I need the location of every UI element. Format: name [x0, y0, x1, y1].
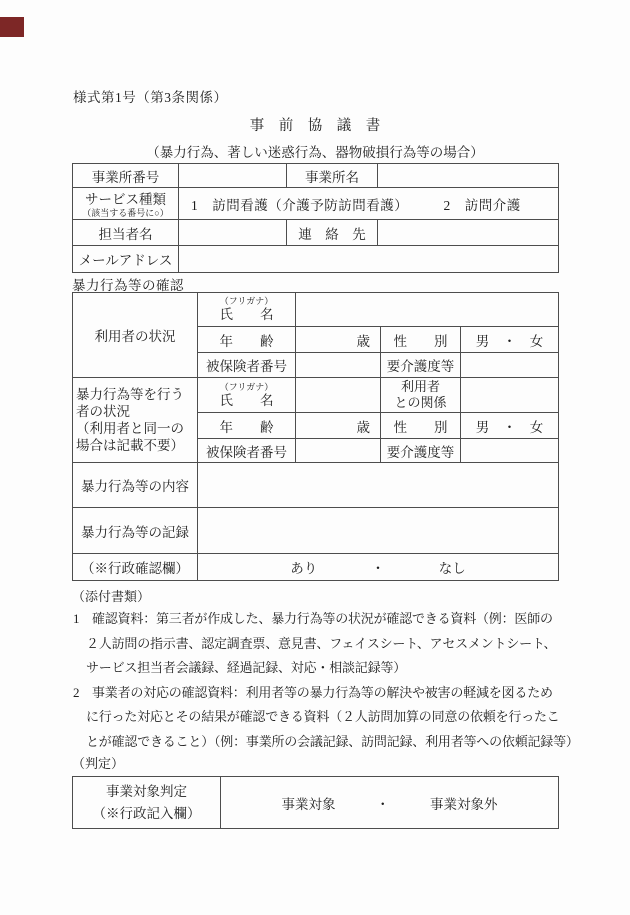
attachment-item: 2事業者の対応の確認資料：利用者等の暴力行為等の解決や被害の軽減を図るため に行… — [73, 681, 573, 755]
user-insured-number-label: 被保険者番号 — [198, 353, 296, 378]
office-name-label: 事業所名 — [287, 164, 378, 188]
attachment-text: 事業者の対応の確認資料：利用者等の暴力行為等の解決や被害の軽減を図るため — [92, 685, 553, 700]
perpetrator-name-field — [296, 378, 381, 413]
name-label: 氏 名 — [200, 307, 293, 323]
attachment-line: サービス担当者会議録、経過記録、対応・相談記録等） — [86, 656, 573, 681]
document-page: 様式第1号（第3条関係） 事 前 協 議 書 （暴力行為、著しい迷惑行為、器物破… — [0, 0, 630, 915]
service-type-note: （該当する番号に○） — [75, 208, 176, 219]
perpetrator-gender-options: 男 ・ 女 — [461, 413, 559, 439]
furigana-label: （フリガナ） — [200, 382, 293, 393]
perpetrator-status-label: 暴力行為等を行う 者の状況 （利用者と同一の 場合は記載不要） — [73, 378, 198, 463]
staff-name-label: 担当者名 — [73, 220, 179, 246]
item-number: 2 — [73, 681, 92, 706]
violence-content-label: 暴力行為等の内容 — [73, 463, 198, 508]
perpetrator-age-field: 歳 — [296, 413, 381, 439]
judgement-heading: （判定） — [72, 753, 124, 772]
office-number-field — [179, 164, 287, 188]
perpetrator-insured-number-field — [296, 439, 381, 463]
document-subtitle: （暴力行為、著しい迷惑行為、器物破損行為等の場合） — [72, 141, 558, 161]
attachment-line: に行った対応とその結果が確認できる資料（２人訪問加算の同意の依頼を行ったこ — [86, 705, 573, 730]
user-age-field: 歳 — [296, 327, 381, 353]
admin-check-label: （※行政確認欄） — [73, 554, 198, 581]
perpetrator-furigana-name-label: （フリガナ） 氏 名 — [198, 378, 296, 413]
office-number-label: 事業所番号 — [73, 164, 179, 188]
confirmation-heading: 暴力行為等の確認 — [72, 274, 184, 294]
user-gender-options: 男 ・ 女 — [461, 327, 559, 353]
attachment-item: 1確認資料：第三者が作成した、暴力行為等の状況が確認できる資料（例：医師の ２人… — [73, 607, 573, 681]
perpetrator-insured-number-label: 被保険者番号 — [198, 439, 296, 463]
perpetrator-care-level-label: 要介護度等 — [381, 439, 461, 463]
service-type-label-cell: サービス種類 （該当する番号に○） — [73, 188, 179, 220]
contact-label: 連 絡 先 — [287, 220, 378, 246]
form-number: 様式第1号（第3条関係） — [73, 86, 228, 106]
corner-mark — [0, 17, 24, 37]
relation-label: 利用者 との関係 — [381, 378, 461, 413]
office-name-field — [378, 164, 559, 188]
user-gender-label: 性 別 — [381, 327, 461, 353]
office-info-table: 事業所番号 事業所名 サービス種類 （該当する番号に○） 1 訪問看護（介護予防… — [72, 163, 559, 273]
perpetrator-care-level-field — [461, 439, 559, 463]
attachments-list: 1確認資料：第三者が作成した、暴力行為等の状況が確認できる資料（例：医師の ２人… — [73, 607, 573, 754]
perpetrator-age-label: 年 齢 — [198, 413, 296, 439]
attachment-line: ２人訪問の指示書、認定調査票、意見書、フェイスシート、アセスメントシート、 — [86, 632, 573, 657]
attachment-line: 2事業者の対応の確認資料：利用者等の暴力行為等の解決や被害の軽減を図るため — [73, 681, 573, 706]
user-insured-number-field — [296, 353, 381, 378]
furigana-label: （フリガナ） — [200, 296, 293, 307]
document-title: 事 前 協 議 書 — [72, 114, 558, 135]
item-number: 1 — [73, 607, 92, 632]
attachment-text: 確認資料：第三者が作成した、暴力行為等の状況が確認できる資料（例：医師の — [92, 611, 553, 626]
admin-check-options: あり ・ なし — [198, 554, 559, 581]
judgement-label: 事業対象判定 （※行政記入欄） — [73, 777, 221, 829]
user-care-level-label: 要介護度等 — [381, 353, 461, 378]
violence-record-label: 暴力行為等の記録 — [73, 508, 198, 554]
attachment-line: 1確認資料：第三者が作成した、暴力行為等の状況が確認できる資料（例：医師の — [73, 607, 573, 632]
confirmation-table: 利用者の状況 （フリガナ） 氏 名 年 齢 歳 性 別 男 ・ 女 被保険者番号… — [72, 292, 559, 581]
email-label: メールアドレス — [73, 246, 179, 273]
user-care-level-field — [461, 353, 559, 378]
service-type-label: サービス種類 — [75, 188, 176, 208]
user-age-label: 年 齢 — [198, 327, 296, 353]
perpetrator-gender-label: 性 別 — [381, 413, 461, 439]
judgement-table: 事業対象判定 （※行政記入欄） 事業対象 ・ 事業対象外 — [72, 776, 559, 829]
user-status-label: 利用者の状況 — [73, 293, 198, 378]
user-name-field — [296, 293, 559, 327]
attachment-line: とが確認できること）（例：事業所の会議記録、訪問記録、利用者等への依頼記録等） — [86, 730, 573, 755]
service-type-options: 1 訪問看護（介護予防訪問看護） 2 訪問介護 — [179, 188, 559, 220]
violence-content-field — [198, 463, 559, 508]
user-furigana-name-label: （フリガナ） 氏 名 — [198, 293, 296, 327]
email-field — [179, 246, 559, 273]
contact-field — [378, 220, 559, 246]
attachments-heading: （添付書類） — [72, 586, 150, 605]
judgement-options: 事業対象 ・ 事業対象外 — [221, 777, 559, 829]
relation-field — [461, 378, 559, 413]
violence-record-field — [198, 508, 559, 554]
staff-name-field — [179, 220, 287, 246]
name-label: 氏 名 — [200, 393, 293, 409]
